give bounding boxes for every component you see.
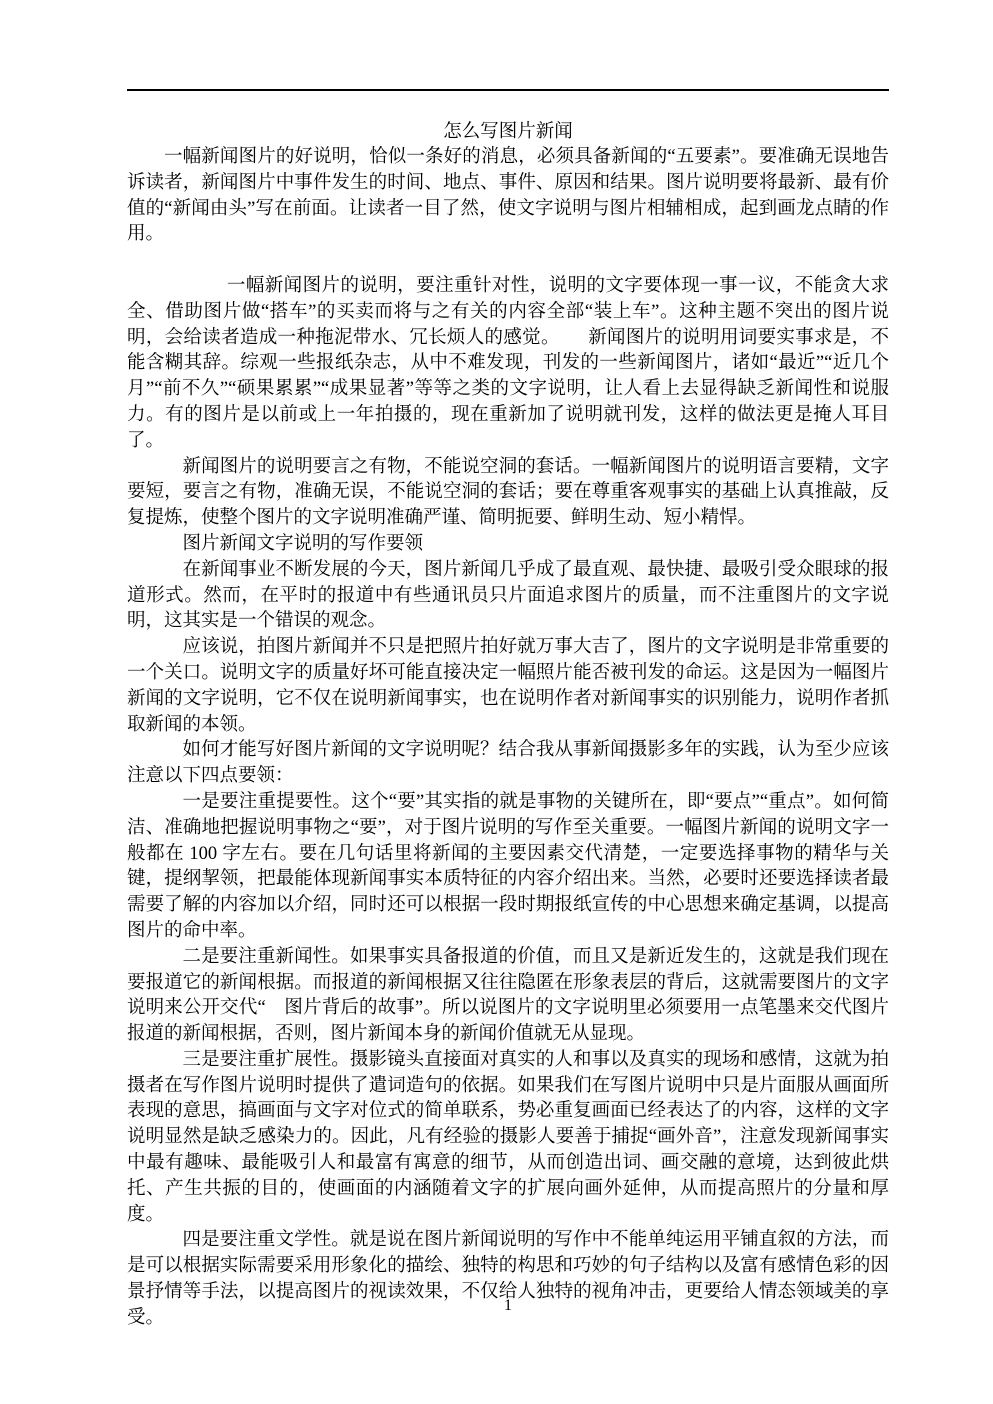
paragraph: 应该说，拍图片新闻并不只是把照片拍好就万事大吉了，图片的文字说明是非常重要的一个… [127,635,889,738]
paragraph: 二是要注重新闻性。如果事实具备报道的价值，而且又是新近发生的，这就是我们现在要报… [127,945,889,1048]
paragraph: 图片新闻文字说明的写作要领 [127,532,889,558]
document-title: 怎么写图片新闻 [127,119,889,145]
document-body: 怎么写图片新闻 一幅新闻图片的好说明，恰似一条好的消息，必须具备新闻的“五要素”… [127,119,889,1332]
paragraph: 新闻图片的说明要言之有物，不能说空洞的套话。一幅新闻图片的说明语言要精，文字要短… [127,455,889,532]
header-divider-line [127,89,889,91]
page-number: 1 [127,1296,889,1316]
paragraph: 一是要注重提要性。这个“要”其实指的就是事物的关键所在，即“要点”“重点”。如何… [127,790,889,945]
paragraph: 如何才能写好图片新闻的文字说明呢？结合我从事新闻摄影多年的实践，认为至少应该注意… [127,738,889,790]
paragraph: 在新闻事业不断发展的今天，图片新闻几乎成了最直观、最快捷、最吸引受众眼球的报道形… [127,558,889,635]
paragraph: 一幅新闻图片的说明，要注重针对性，说明的文字要体现一事一议，不能贪大求全、借助图… [127,274,889,455]
paragraph: 四是要注重文学性。就是说在图片新闻说明的写作中不能单纯运用平铺直叙的方法，而是可… [127,1228,889,1331]
document-page: 怎么写图片新闻 一幅新闻图片的好说明，恰似一条好的消息，必须具备新闻的“五要素”… [0,0,993,1404]
paragraph: 一幅新闻图片的好说明，恰似一条好的消息，必须具备新闻的“五要素”。要准确无误地告… [127,145,889,248]
paragraph: 三是要注重扩展性。摄影镜头直接面对真实的人和事以及真实的现场和感情，这就为拍摄者… [127,1048,889,1229]
body-paragraphs: 一幅新闻图片的好说明，恰似一条好的消息，必须具备新闻的“五要素”。要准确无误地告… [127,145,889,1332]
paragraph [127,248,889,274]
